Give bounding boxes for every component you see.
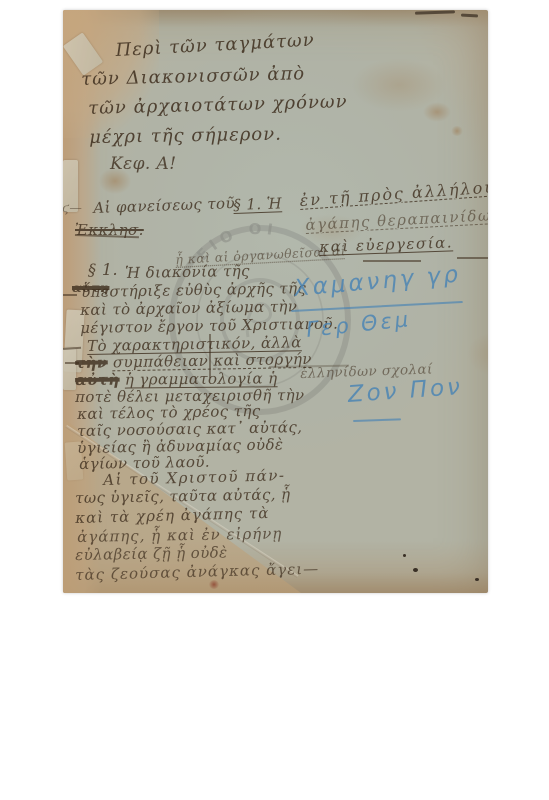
closing-line: εὐλαβείᾳ ζῇ ᾗ οὐδὲ [75,543,228,564]
title-line: μέχρι τῆς σήμερον. [89,124,282,148]
margin-dash [65,362,79,364]
title-line: τῶν Διακονισσῶν ἀπὸ [81,63,305,90]
speck [413,568,418,572]
closing-line: καὶ τὰ χρέη ἀγάπης τὰ [75,504,270,527]
page-canvas: ΕΙΟ ΟΙ Περὶ τῶν ταγμάτων τῶν Διακονισσῶν… [0,0,549,800]
stain [209,580,219,589]
manuscript-page: ΕΙΟ ΟΙ Περὶ τῶν ταγμάτων τῶν Διακονισσῶν… [63,10,488,593]
insertion-bar [209,334,211,378]
struck-lead: αὐτὴ [75,371,120,389]
pen-mark-top [461,14,478,18]
stain [423,102,451,122]
margin-dash [63,294,77,296]
margin-mark: ϛ— [63,200,82,215]
speck [475,578,479,581]
stain [451,126,463,136]
intro-line: Αἱ φανείσεως τοῦ [93,194,235,217]
intro-line: ἐν τῇ πρὸς ἀλλήλους [299,177,488,210]
chapter-heading: Κεφ. Α! [110,154,176,174]
ink-dash [457,257,488,259]
intro-note-right: ἀγάπης θεραπαινίδων [305,206,488,234]
intro-ref: § 1. Ἡ [233,194,282,214]
struck-lead: τὴν [75,353,108,372]
stain [467,332,488,376]
closing-line: ἀγάπης, ᾗ καὶ ἐν εἰρήνῃ [77,524,282,546]
ink-dash [363,260,421,262]
body-line: Ἡ διακονία τῆς [125,262,250,282]
section-heading: § 1. [88,260,118,279]
line-text: συμπάθειαν καὶ στοργήν [113,350,312,371]
speck [403,554,406,557]
pen-mark-top [415,10,455,14]
